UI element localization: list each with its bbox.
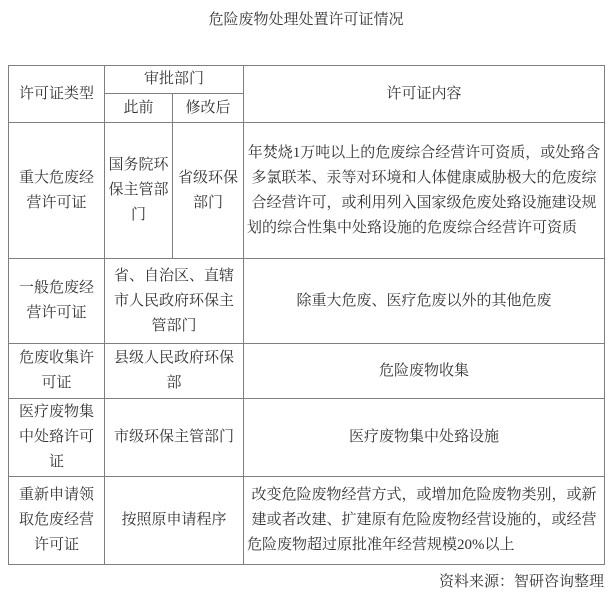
permit-type-cell: 重新申请领取危废经营许可证	[9, 477, 105, 565]
approval-after-cell: 省级环保部门	[173, 123, 244, 259]
approval-cell: 市级环保主管部门	[105, 399, 244, 477]
permit-table: 许可证类型 审批部门 许可证内容 此前 修改后 重大危废经营许可证 国务院环保主…	[8, 65, 605, 565]
permit-content-cell: 除重大危废、医疗危废以外的其他危废	[244, 259, 605, 344]
header-after: 修改后	[173, 94, 244, 123]
table-row: 危废收集许可证 县级人民政府环保部 危险废物收集	[9, 344, 605, 399]
permit-content-cell: 改变危险废物经营方式，或增加危险废物类别，或新建或者改建、扩建原有危险废物经营设…	[244, 477, 605, 565]
table-title: 危险废物处理处置许可证情况	[0, 10, 612, 30]
table-row: 重新申请领取危废经营许可证 按照原申请程序 改变危险废物经营方式，或增加危险废物…	[9, 477, 605, 565]
table-row: 一般危废经营许可证 省、自治区、直辖市人民政府环保主管部门 除重大危废、医疗危废…	[9, 259, 605, 344]
approval-cell: 按照原申请程序	[105, 477, 244, 565]
permit-content-cell: 危险废物收集	[244, 344, 605, 399]
header-permit-type: 许可证类型	[9, 66, 105, 123]
permit-content-cell: 年焚烧1万吨以上的危废综合经营许可资质，或处臵含多氯联苯、汞等对环境和人体健康威…	[244, 123, 605, 259]
header-before: 此前	[105, 94, 173, 123]
permit-content-cell: 医疗废物集中处臵设施	[244, 399, 605, 477]
permit-type-cell: 危废收集许可证	[9, 344, 105, 399]
permit-type-cell: 医疗废物集中处臵许可证	[9, 399, 105, 477]
header-approval-department: 审批部门	[105, 66, 244, 94]
table-row: 医疗废物集中处臵许可证 市级环保主管部门 医疗废物集中处臵设施	[9, 399, 605, 477]
permit-type-cell: 一般危废经营许可证	[9, 259, 105, 344]
figure-page: 危险废物处理处置许可证情况 许可证类型 审批部门 许可证内容 此前 修改后 重大…	[0, 0, 612, 600]
source-attribution: 资料来源：智研咨询整理	[0, 572, 604, 592]
approval-before-cell: 国务院环保主管部门	[105, 123, 173, 259]
approval-cell: 县级人民政府环保部	[105, 344, 244, 399]
header-permit-content: 许可证内容	[244, 66, 605, 123]
header-row-top: 许可证类型 审批部门 许可证内容	[9, 66, 605, 94]
table-row: 重大危废经营许可证 国务院环保主管部门 省级环保部门 年焚烧1万吨以上的危废综合…	[9, 123, 605, 259]
permit-type-cell: 重大危废经营许可证	[9, 123, 105, 259]
approval-cell: 省、自治区、直辖市人民政府环保主管部门	[105, 259, 244, 344]
